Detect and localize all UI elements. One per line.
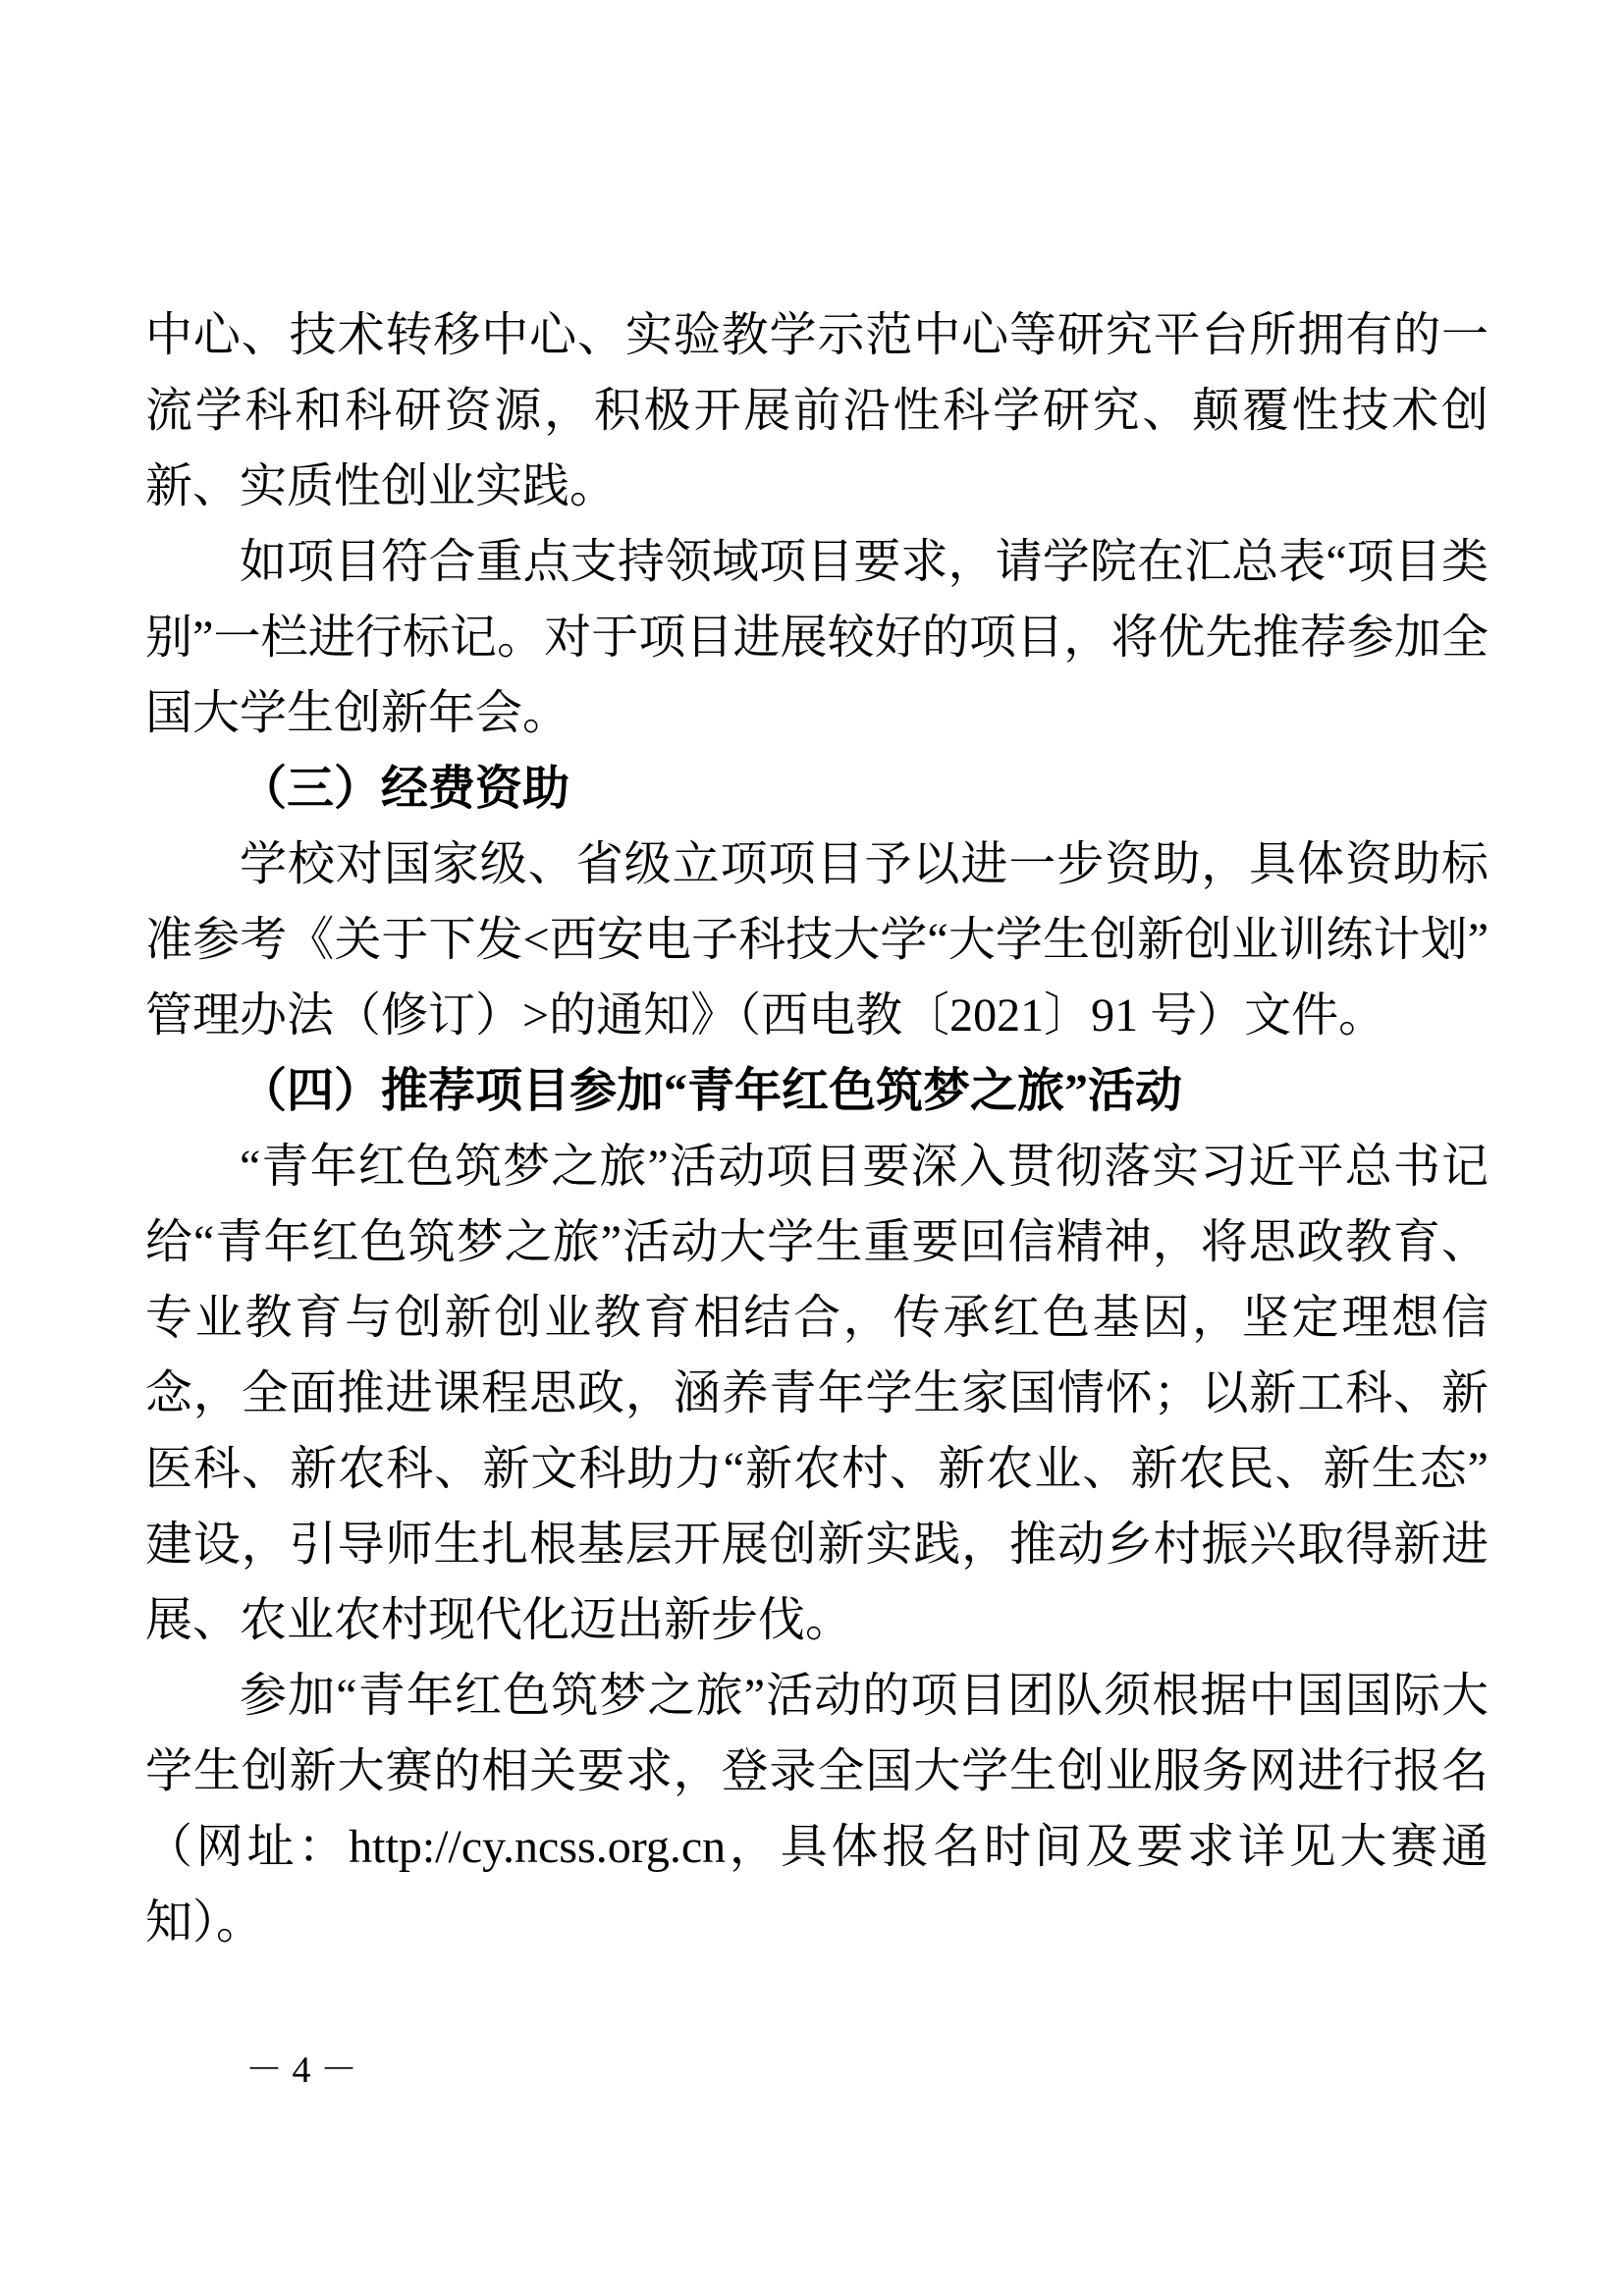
document-body: 中心、技术转移中心、实验教学示范中心等研究平台所拥有的一流学科和科研资源，积极开… <box>145 297 1489 1960</box>
page-number: － 4 － <box>245 2048 357 2093</box>
document-page: 中心、技术转移中心、实验教学示范中心等研究平台所拥有的一流学科和科研资源，积极开… <box>0 0 1624 2296</box>
paragraph: 中心、技术转移中心、实验教学示范中心等研究平台所拥有的一流学科和科研资源，积极开… <box>145 297 1489 524</box>
section-heading: （三）经费资助 <box>145 751 1489 827</box>
paragraph: “青年红色筑梦之旅”活动项目要深入贯彻落实习近平总书记给“青年红色筑梦之旅”活动… <box>145 1129 1489 1658</box>
paragraph: 参加“青年红色筑梦之旅”活动的项目团队须根据中国国际大学生创新大赛的相关要求，登… <box>145 1658 1489 1960</box>
section-heading: （四）推荐项目参加“青年红色筑梦之旅”活动 <box>145 1053 1489 1129</box>
paragraph: 学校对国家级、省级立项项目予以进一步资助，具体资助标准参考《关于下发<西安电子科… <box>145 827 1489 1053</box>
paragraph: 如项目符合重点支持领域项目要求，请学院在汇总表“项目类别”一栏进行标记。对于项目… <box>145 524 1489 751</box>
